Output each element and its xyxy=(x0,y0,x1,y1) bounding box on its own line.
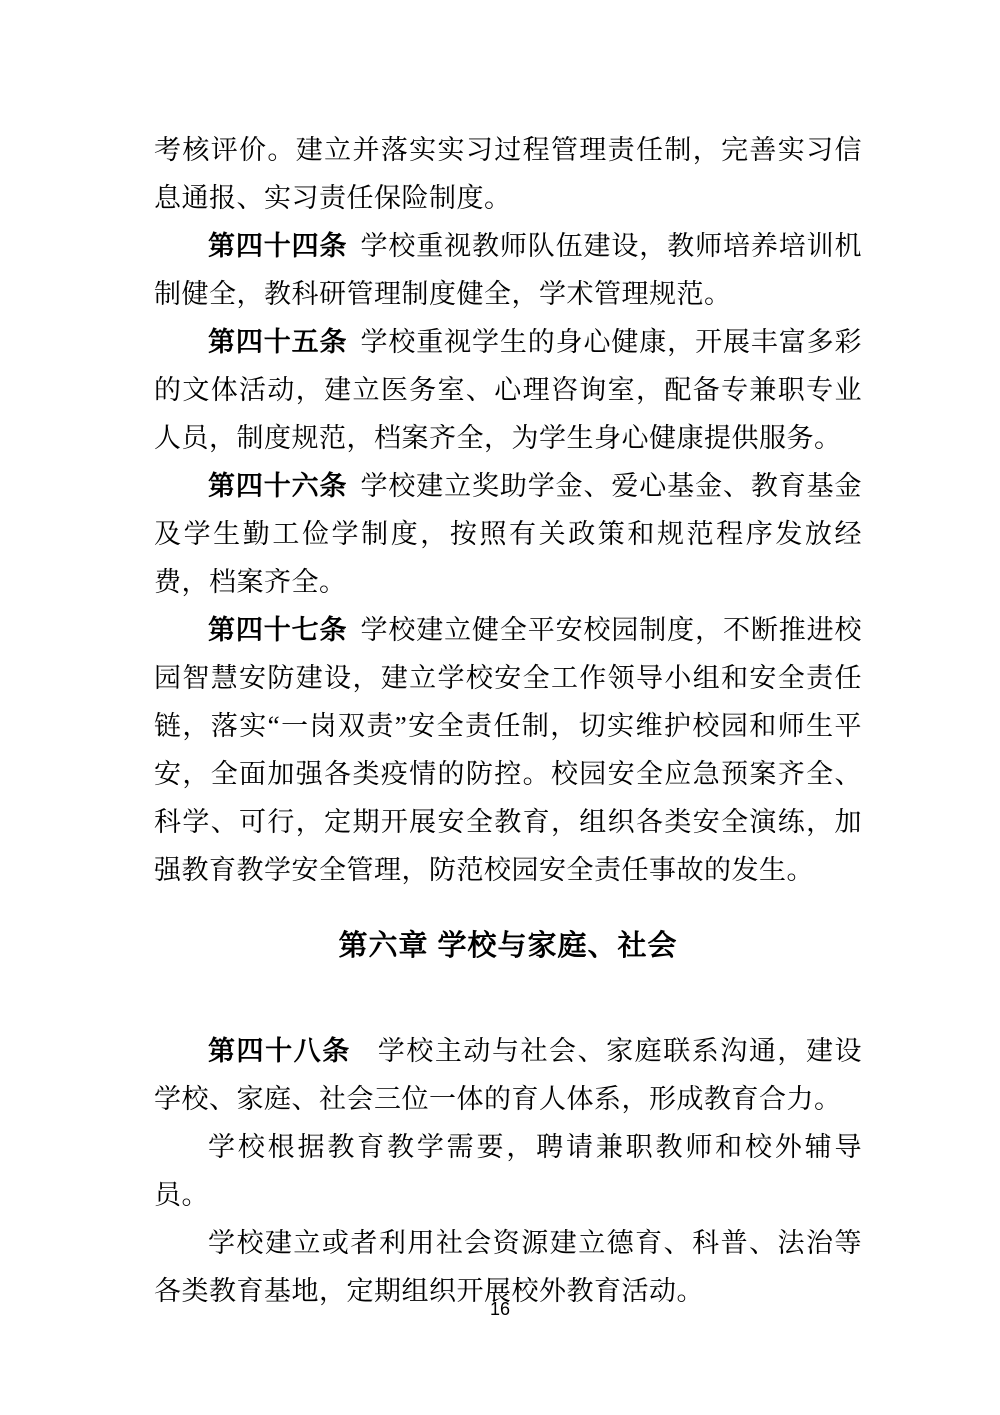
paragraph-text: 考核评价。建立并落实实习过程管理责任制，完善实习信息通报、实习责任保险制度。 xyxy=(154,135,862,213)
paragraph-article-45: 第四十五条学校重视学生的身心健康，开展丰富多彩的文体活动，建立医务室、心理咨询室… xyxy=(154,318,862,462)
paragraph-article-46: 第四十六条学校建立奖助学金、爱心基金、教育基金及学生勤工俭学制度，按照有关政策和… xyxy=(154,462,862,606)
paragraph-article-44: 第四十四条学校重视教师队伍建设，教师培养培训机制健全，教科研管理制度健全，学术管… xyxy=(154,222,862,318)
article-44-number: 第四十四条 xyxy=(208,231,347,261)
article-45-number: 第四十五条 xyxy=(208,327,347,357)
article-47-text: 学校建立健全平安校园制度，不断推进校园智慧安防建设，建立学校安全工作领导小组和安… xyxy=(154,615,862,885)
paragraph-article-47: 第四十七条学校建立健全平安校园制度，不断推进校园智慧安防建设，建立学校安全工作领… xyxy=(154,606,862,894)
document-page: 考核评价。建立并落实实习过程管理责任制，完善实习信息通报、实习责任保险制度。 第… xyxy=(0,0,1000,1415)
page-number: 16 xyxy=(0,1298,1000,1320)
paragraph-article-48: 第四十八条学校主动与社会、家庭联系沟通，建设学校、家庭、社会三位一体的育人体系，… xyxy=(154,1027,862,1123)
document-body: 考核评价。建立并落实实习过程管理责任制，完善实习信息通报、实习责任保险制度。 第… xyxy=(154,126,862,1315)
article-47-number: 第四十七条 xyxy=(208,615,347,645)
paragraph-text: 学校根据教育教学需要，聘请兼职教师和校外辅导员。 xyxy=(154,1132,862,1210)
chapter-heading: 第六章 学校与家庭、社会 xyxy=(154,922,862,970)
paragraph-continuation: 考核评价。建立并落实实习过程管理责任制，完善实习信息通报、实习责任保险制度。 xyxy=(154,126,862,222)
paragraph-text: 学校建立或者利用社会资源建立德育、科普、法治等各类教育基地，定期组织开展校外教育… xyxy=(154,1228,862,1306)
article-48-number: 第四十八条 xyxy=(208,1036,351,1066)
article-46-number: 第四十六条 xyxy=(208,471,347,501)
paragraph-external-teachers: 学校根据教育教学需要，聘请兼职教师和校外辅导员。 xyxy=(154,1123,862,1219)
